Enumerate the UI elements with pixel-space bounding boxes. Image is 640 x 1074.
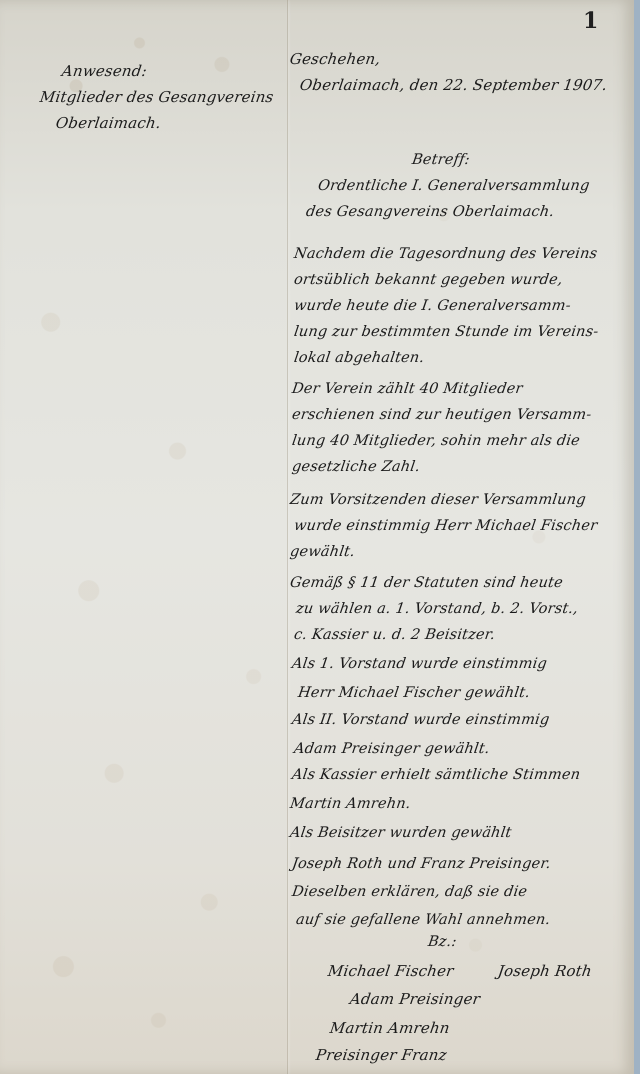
body-line: Martin Amrehn. [289, 796, 412, 812]
body-line: Als Beisitzer wurden gewählt [289, 825, 513, 841]
body-line: gesetzliche Zahl. [291, 459, 421, 475]
attendees-line-1: Mitglieder des Gesangvereins [39, 88, 275, 106]
body-line: zu wählen a. 1. Vorstand, b. 2. Vorst., [295, 601, 579, 617]
signature-joseph-roth: Joseph Roth [497, 962, 593, 980]
body-line: auf sie gefallene Wahl annehmen. [295, 912, 552, 928]
attendees-label: Anwesend: [61, 62, 148, 80]
body-line: lokal abgehalten. [293, 350, 425, 366]
body-line: Nachdem die Tagesordnung des Vereins [293, 246, 598, 262]
body-line: lung 40 Mitglieder, sohin mehr als die [291, 433, 581, 449]
body-line: Als II. Vorstand wurde einstimmig [291, 712, 551, 728]
signature-michael-fischer: Michael Fischer [327, 962, 455, 980]
page-number: 1 [583, 8, 598, 34]
place-date-line-2: Oberlaimach, den 22. September 1907. [299, 76, 609, 94]
body-line: ortsüblich bekannt gegeben wurde, [293, 272, 564, 288]
document-page: 1 Anwesend: Mitglieder des Gesangvereins… [0, 0, 634, 1074]
body-line: Gemäß § 11 der Statuten sind heute [289, 575, 564, 591]
body-line: c. Kassier u. d. 2 Beisitzer. [293, 627, 496, 643]
body-line: erschienen sind zur heutigen Versamm- [291, 407, 593, 423]
body-line: wurde heute die I. Generalversamm- [293, 298, 572, 314]
subject-line-1: Ordentliche I. Generalversammlung [317, 178, 591, 194]
signature-franz-preisinger: Preisinger Franz [315, 1046, 448, 1064]
body-line: Adam Preisinger gewählt. [293, 741, 491, 757]
body-line: Zum Vorsitzenden dieser Versammlung [289, 492, 587, 508]
body-line: Dieselben erklären, daß sie die [291, 884, 528, 900]
body-line: Bz.: [427, 934, 458, 950]
place-date-line-1: Geschehen, [289, 50, 382, 68]
body-line: gewählt. [289, 544, 356, 560]
body-line: Als 1. Vorstand wurde einstimmig [291, 656, 548, 672]
body-line: Als Kassier erhielt sämtliche Stimmen [291, 767, 581, 783]
body-line: Der Verein zählt 40 Mitglieder [291, 381, 524, 397]
attendees-line-2: Oberlaimach. [55, 114, 162, 132]
signature-martin-amrehn: Martin Amrehn [329, 1019, 451, 1037]
body-line: wurde einstimmig Herr Michael Fischer [293, 518, 599, 534]
signature-adam-preisinger: Adam Preisinger [349, 990, 482, 1008]
subject-label: Betreff: [411, 152, 471, 168]
body-line: Joseph Roth und Franz Preisinger. [291, 856, 552, 872]
subject-line-2: des Gesangvereins Oberlaimach. [305, 204, 555, 220]
paper-fold-line [287, 0, 288, 1074]
body-line: Herr Michael Fischer gewählt. [297, 685, 531, 701]
body-line: lung zur bestimmten Stunde im Vereins- [293, 324, 600, 340]
